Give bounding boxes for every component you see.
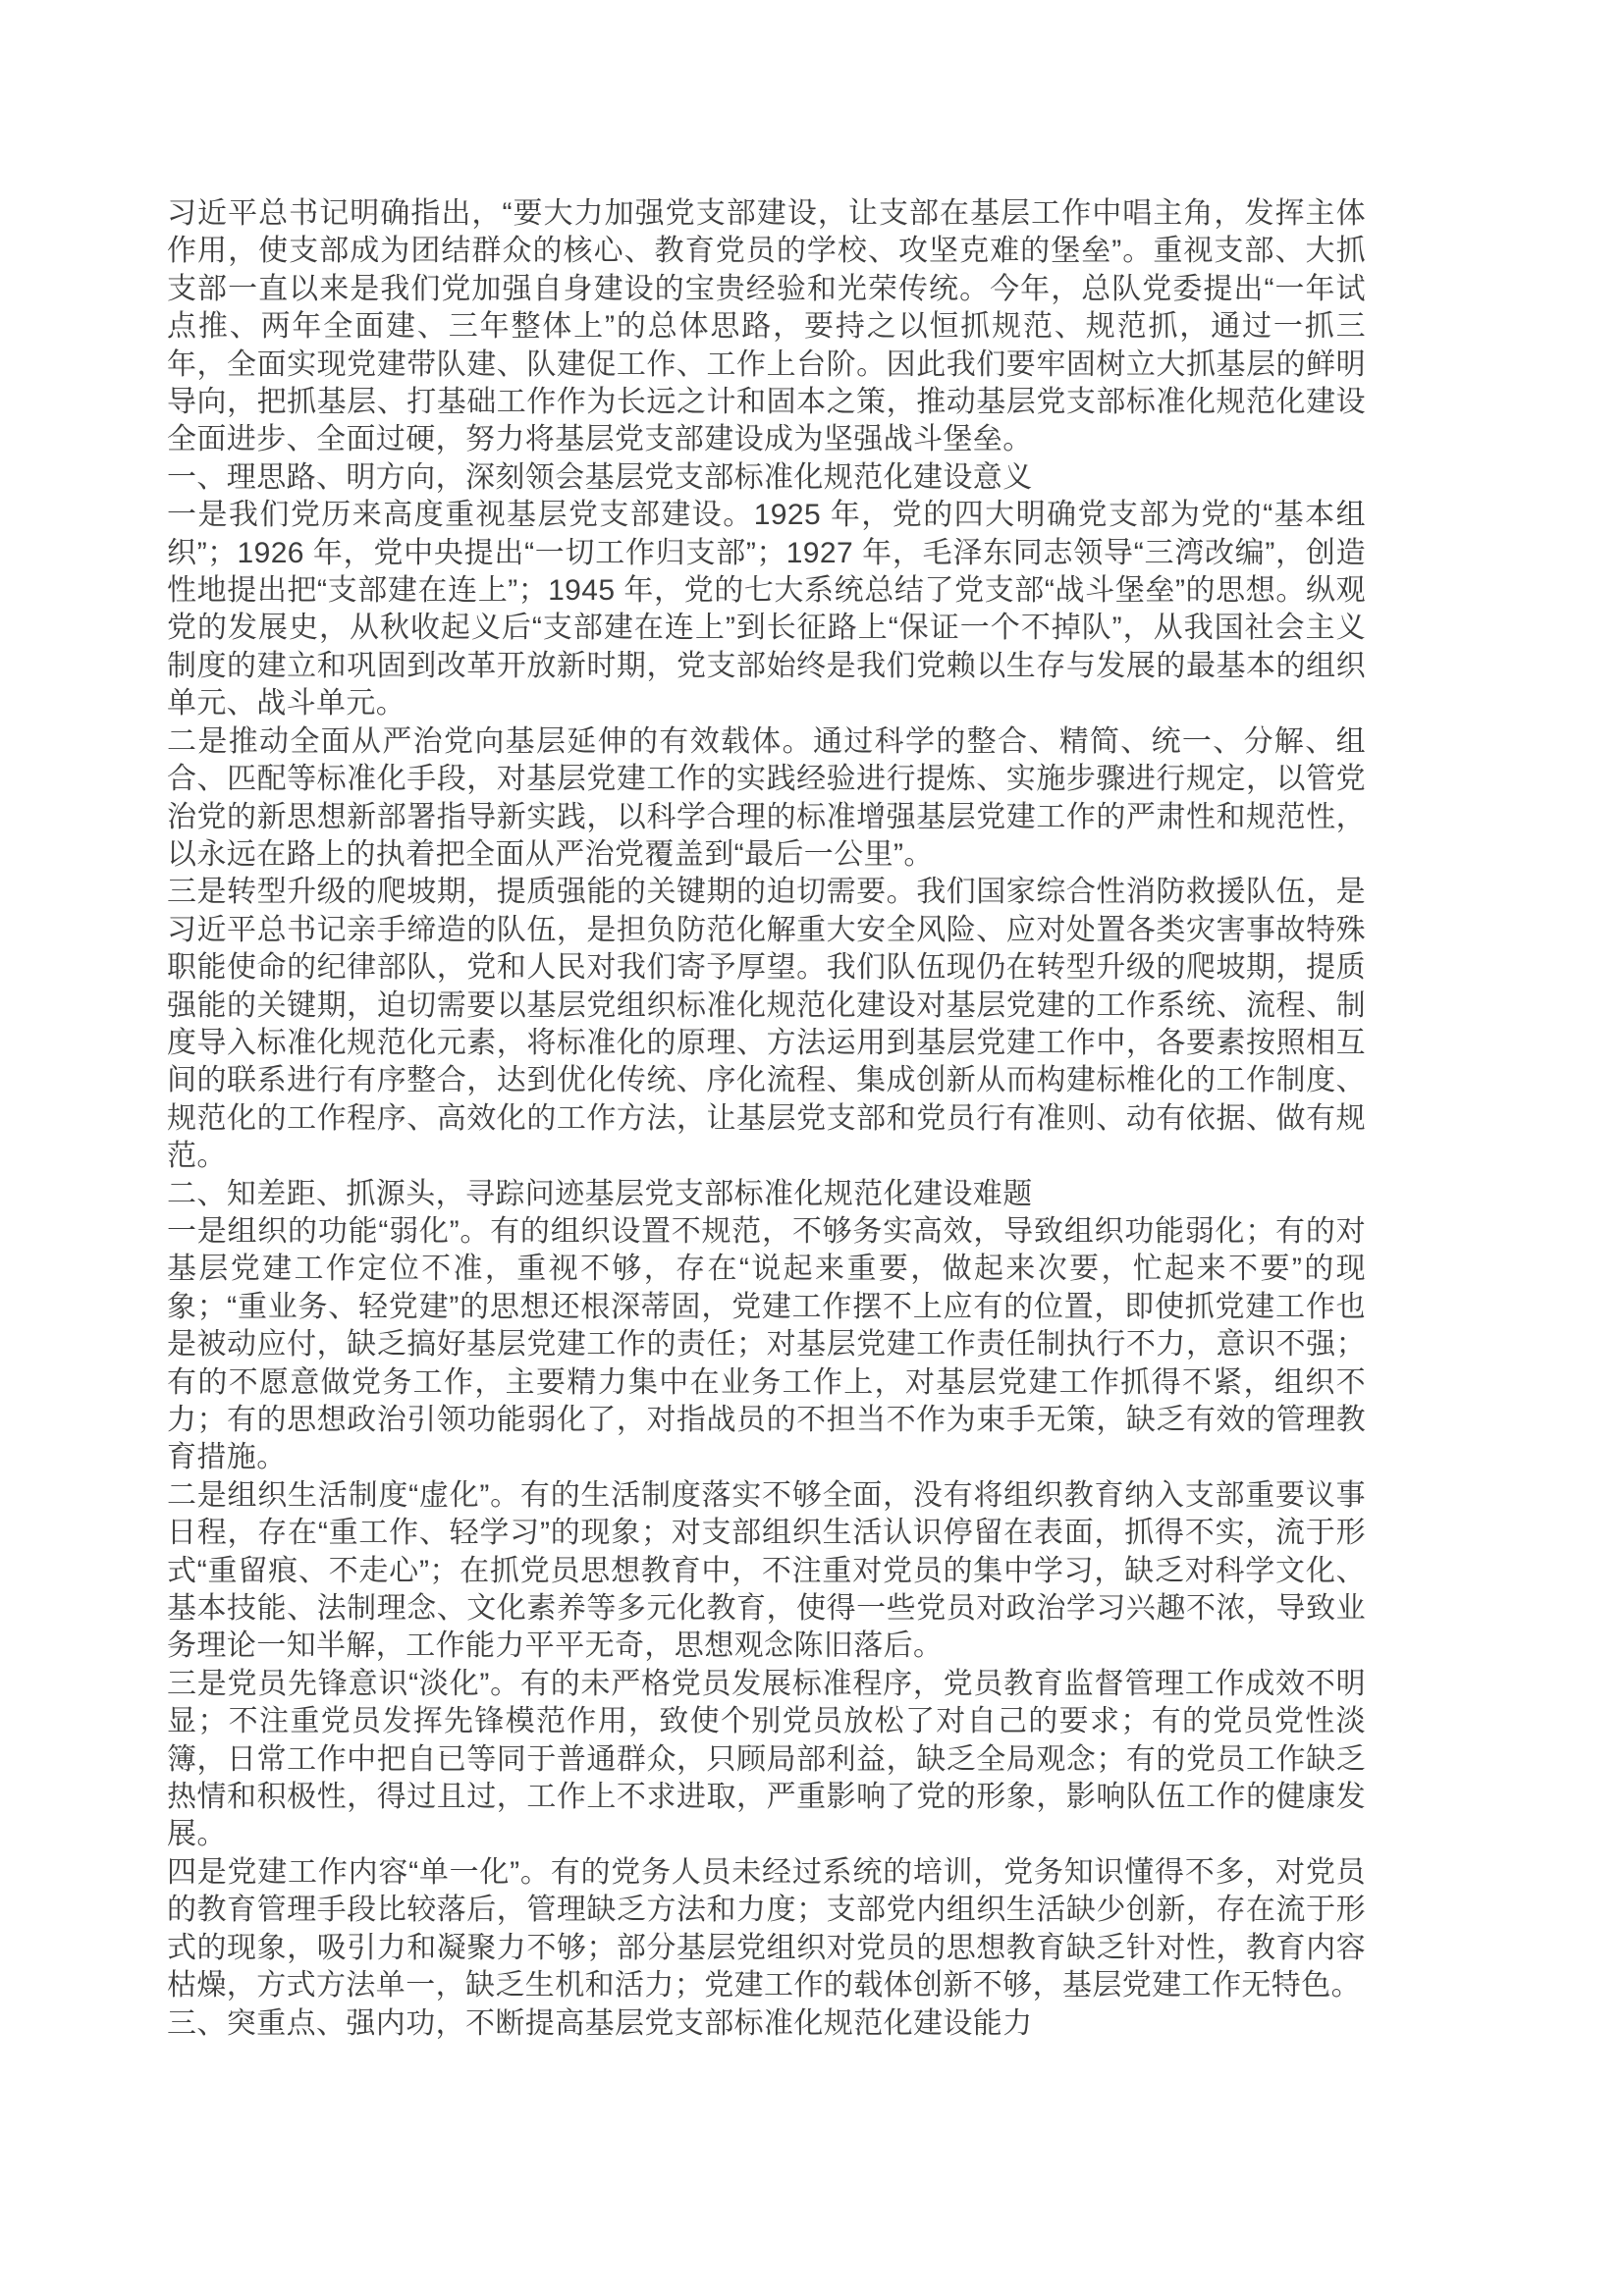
paragraph-2-point-1: 一是组织的功能“弱化”。有的组织设置不规范，不够务实高效，导致组织功能弱化；有的… bbox=[167, 1213, 1366, 1477]
paragraph-1-point-3: 三是转型升级的爬坡期，提质强能的关键期的迫切需要。我们国家综合性消防救援队伍，是… bbox=[167, 874, 1366, 1175]
section-heading-3: 三、突重点、强内功，不断提高基层党支部标准化规范化建设能力 bbox=[167, 2005, 1366, 2043]
paragraph-1-point-2: 二是推动全面从严治党向基层延伸的有效载体。通过科学的整合、精简、统一、分解、组合… bbox=[167, 723, 1366, 875]
paragraph-intro: 习近平总书记明确指出，“要大力加强党支部建设，让支部在基层工作中唱主角，发挥主体… bbox=[167, 195, 1366, 459]
paragraph-2-point-4: 四是党建工作内容“单一化”。有的党务人员未经过系统的培训，党务知识懂得不多，对党… bbox=[167, 1854, 1366, 2005]
paragraph-2-point-3: 三是党员先锋意识“淡化”。有的未严格党员发展标准程序，党员教育监督管理工作成效不… bbox=[167, 1666, 1366, 1854]
paragraph-2-point-2: 二是组织生活制度“虚化”。有的生活制度落实不够全面，没有将组织教育纳入支部重要议… bbox=[167, 1477, 1366, 1666]
section-heading-2: 二、知差距、抓源头，寻踪问迹基层党支部标准化规范化建设难题 bbox=[167, 1176, 1366, 1213]
section-heading-1: 一、理思路、明方向，深刻领会基层党支部标准化规范化建设意义 bbox=[167, 459, 1366, 497]
document-body: 习近平总书记明确指出，“要大力加强党支部建设，让支部在基层工作中唱主角，发挥主体… bbox=[167, 195, 1366, 2043]
document-page: 习近平总书记明确指出，“要大力加强党支部建设，让支部在基层工作中唱主角，发挥主体… bbox=[0, 0, 1624, 2296]
paragraph-1-point-1: 一是我们党历来高度重视基层党支部建设。1925 年，党的四大明确党支部为党的“基… bbox=[167, 497, 1366, 722]
